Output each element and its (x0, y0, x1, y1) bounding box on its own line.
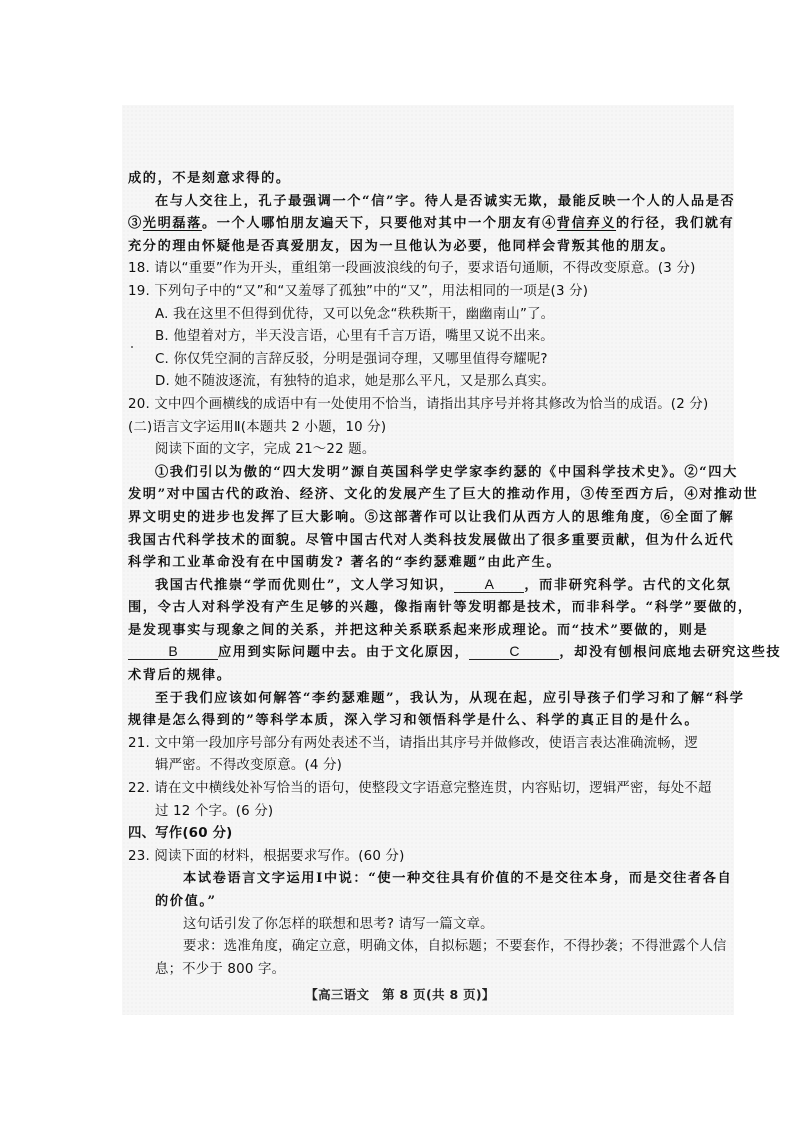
passage-line: ①我们引以为傲的“四大发明”源自英国科学史学家李约瑟的《中国科学技术史》。②“四… (128, 462, 718, 485)
idiom-number: ④ (542, 216, 557, 231)
section-heading: (二)语言文字运用Ⅱ(本题共 2 小题，10 分) (128, 417, 718, 440)
blank-b: B (128, 643, 218, 660)
essay-quote: 本试卷语言文字运用Ⅰ中说：“使一种交往具有价值的不是交往本身，而是交往者各自 (128, 868, 718, 891)
essay-quote-cont: 的价值。” (128, 891, 718, 914)
passage-line: 在与人交往上，孔子最强调一个“信”字。待人是否诚实无欺，最能反映一个人的人品是否 (128, 191, 718, 214)
blank-c: C (469, 643, 559, 660)
essay-requirements: 要求：选准角度，确定立意，明确文体，自拟标题；不要套作，不得抄袭；不得泄露个人信 (128, 936, 718, 959)
page-footer: 【高三语文 第 8 页(共 8 页)】 (0, 985, 800, 1003)
option-d: D. 她不随波逐流，有独特的追求，她是那么平凡，又是那么真实。 (128, 371, 718, 394)
passage-line: ③光明磊落。一个人哪怕朋友遍天下，只要他对其中一个朋友有④背信弃义的行径，我们就… (128, 213, 718, 236)
passage-line: 我国古代推崇“学而优则仕”，文人学习知识，A，而非研究科学。古代的文化氛 (128, 575, 718, 598)
essay-prompt: 这句话引发了你怎样的联想和思考? 请写一篇文章。 (128, 914, 718, 937)
passage-line: 规律是怎么得到的”等科学本质，深入学习和领悟科学是什么、科学的真正目的是什么。 (128, 710, 718, 733)
passage-line: 充分的理由怀疑他是否真爱朋友，因为一旦他认为必要，他同样会背叛其他的朋友。 (128, 236, 718, 259)
passage-text: 。一个人哪怕朋友遍天下，只要他对其中一个朋友有 (202, 216, 542, 231)
exam-content: 成的，不是刻意求得的。 在与人交往上，孔子最强调一个“信”字。待人是否诚实无欺，… (128, 168, 718, 981)
question-21-cont: 辑严密。不得改变原意。(4 分) (128, 755, 718, 778)
passage-text: 我国古代推崇“学而优则仕”，文人学习知识， (155, 578, 454, 593)
idiom-number: ③ (128, 216, 143, 231)
essay-requirements-cont: 息；不少于 800 字。 (128, 959, 718, 982)
passage-line: 成的，不是刻意求得的。 (128, 168, 718, 191)
passage-line: 科学和工业革命没有在中国萌发? 著名的“李约瑟难题”由此产生。 (128, 552, 718, 575)
blank-a: A (454, 576, 524, 593)
underlined-idiom: 背信弃义 (557, 216, 616, 231)
passage-line: B应用到实际问题中去。由于文化原因，C，却没有刨根问底地去研究这些技 (128, 642, 718, 665)
passage-line: 围，令古人对科学没有产生足够的兴趣，像指南针等发明都是技术，而非科学。“科学”要… (128, 597, 718, 620)
option-a: A. 我在这里不但得到优待，又可以免念“秩秩斯干，幽幽南山”了。 (128, 304, 718, 327)
passage-line: 我国古代科学技术的面貌。尽管中国古代对人类科技发展做出了很多重要贡献，但为什么近… (128, 530, 718, 553)
question-23: 23. 阅读下面的材料，根据要求写作。(60 分) (128, 846, 718, 869)
option-b: B. 他望着对方，半天没言语，心里有千言万语，嘴里又说不出来。 (128, 326, 718, 349)
section-heading: 四、写作(60 分) (128, 823, 718, 846)
passage-line: 发明”对中国古代的政治、经济、文化的发展产生了巨大的推动作用，③传至西方后，④对… (128, 484, 718, 507)
passage-text: 的行径，我们就有 (616, 216, 734, 231)
underlined-idiom: 光明磊落 (143, 216, 202, 231)
question-21: 21. 文中第一段加序号部分有两处表述不当，请指出其序号并做修改，使语言表达准确… (128, 733, 718, 756)
passage-line: 至于我们应该如何解答“李约瑟难题”，我认为，从现在起，应引导孩子们学习和了解“科… (128, 688, 718, 711)
passage-line: 术背后的规律。 (128, 665, 718, 688)
question-19: 19. 下列句子中的“又”和“又羞辱了孤独”中的“又”，用法相同的一项是(3 分… (128, 281, 718, 304)
passage-line: 界文明史的进步也发挥了巨大影响。⑤这部著作可以让我们从西方人的思维角度，⑥全面了… (128, 507, 718, 530)
passage-text: ，却没有刨根问底地去研究这些技 (559, 645, 781, 660)
question-20: 20. 文中四个画横线的成语中有一处使用不恰当，请指出其序号并将其修改为恰当的成… (128, 394, 718, 417)
question-22-cont: 过 12 个字。(6 分) (128, 801, 718, 824)
passage-text: 应用到实际问题中去。由于文化原因， (218, 645, 469, 660)
question-18: 18. 请以“重要”作为开头，重组第一段画波浪线的句子，要求语句通顺，不得改变原… (128, 258, 718, 281)
question-22: 22. 请在文中横线处补写恰当的语句，使整段文字语意完整连贯，内容贴切，逻辑严密… (128, 778, 718, 801)
reading-instruction: 阅读下面的文字，完成 21～22 题。 (128, 439, 718, 462)
option-c: C. 你仅凭空洞的言辞反驳，分明是强词夺理，又哪里值得夸耀呢? (128, 349, 718, 372)
passage-line: 是发现事实与现象之间的关系，并把这种关系联系起来形成理论。而“技术”要做的，则是 (128, 620, 718, 643)
passage-text: ，而非研究科学。古代的文化氛 (524, 578, 731, 593)
